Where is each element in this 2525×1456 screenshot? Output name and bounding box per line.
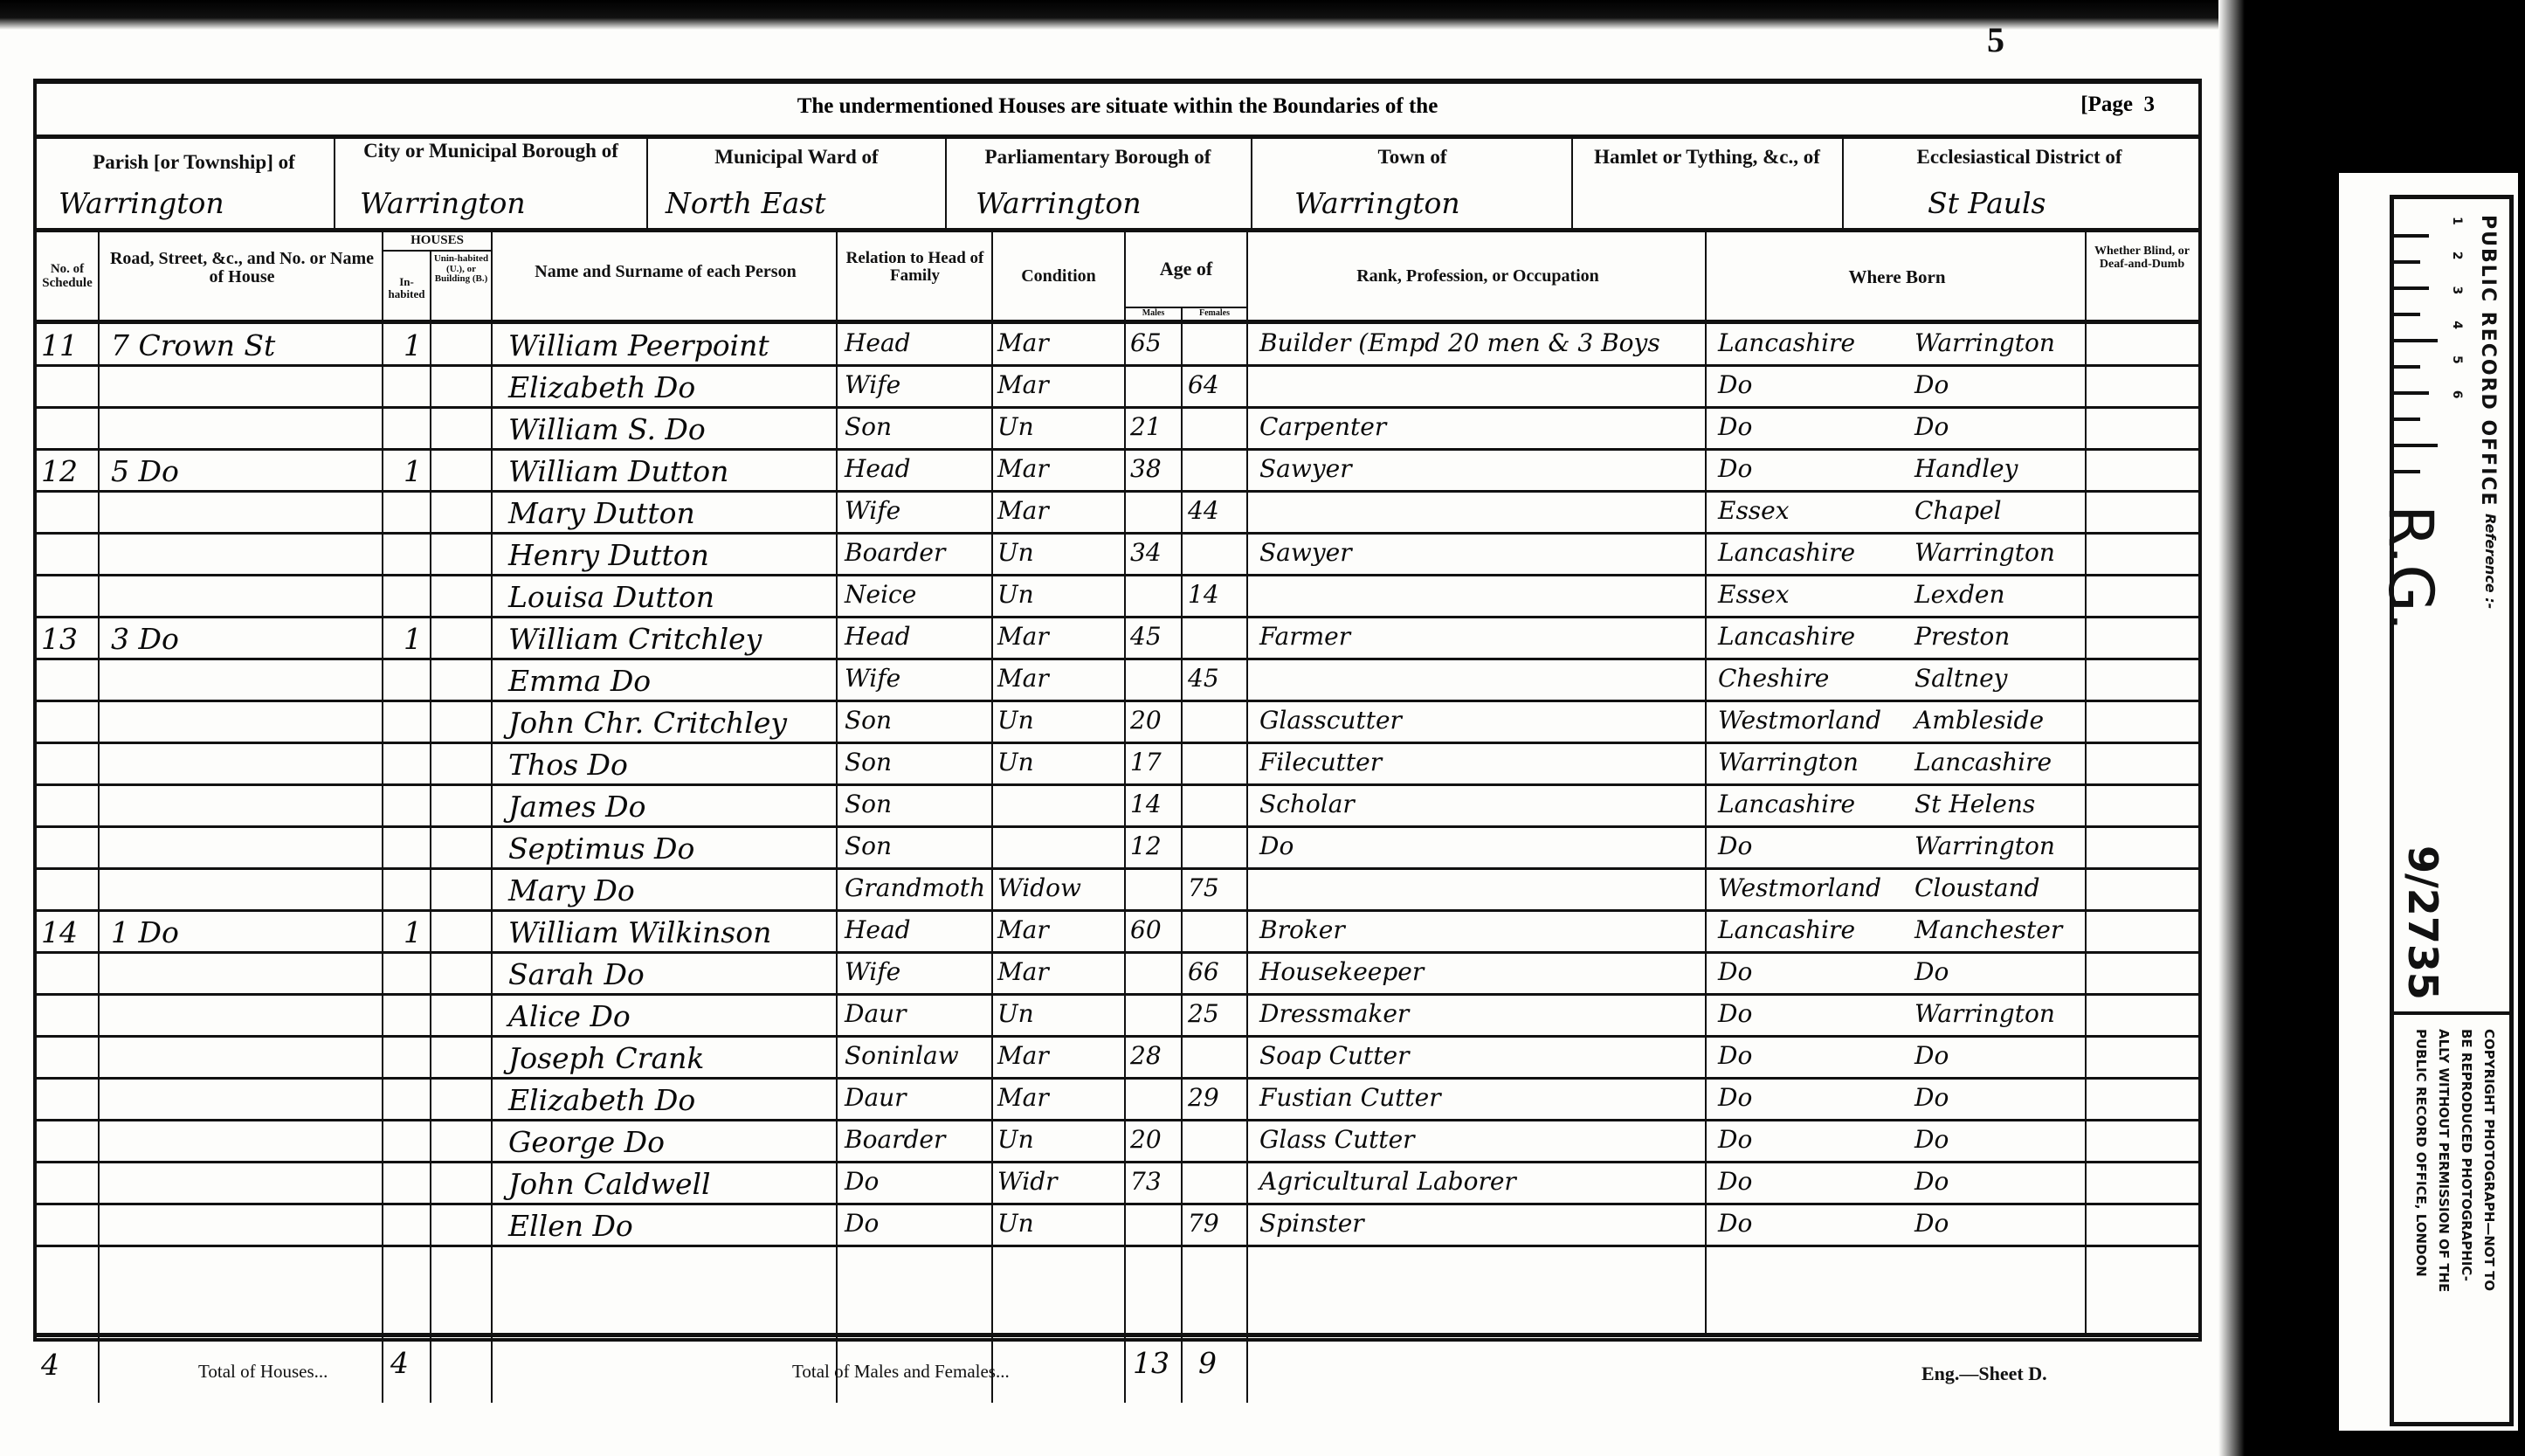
address: 7 Crown St — [111, 331, 275, 360]
birth-county: Do — [1718, 1044, 1752, 1068]
condition: Un — [997, 541, 1034, 565]
female-age: 64 — [1188, 373, 1219, 397]
condition: Mar — [997, 666, 1049, 691]
female-age: 45 — [1188, 666, 1219, 691]
birth-place: Do — [1914, 1170, 1949, 1194]
birth-place: Lancashire — [1914, 750, 2052, 775]
piece-number: 9/2735 — [2399, 845, 2446, 1000]
relation: Wife — [845, 960, 900, 984]
col-header-road: Road, Street, &c., and No. or Name of Ho… — [102, 250, 382, 286]
condition: Mar — [997, 1086, 1049, 1110]
condition: Un — [997, 708, 1034, 733]
birth-place: Do — [1914, 415, 1949, 439]
address: 5 Do — [111, 457, 179, 486]
birth-place: Chapel — [1914, 499, 2002, 523]
birth-county: Lancashire — [1718, 331, 1855, 355]
table-row: Septimus DoSon12DoDoWarrington — [37, 827, 2198, 869]
occupation: Builder (Empd 20 men & 3 Boys — [1259, 331, 1660, 355]
birth-county: Cheshire — [1718, 666, 1829, 691]
total-persons-label: Total of Males and Females... — [792, 1361, 1010, 1383]
total-females: 9 — [1198, 1349, 1217, 1377]
col-header-houses: HOUSES — [383, 234, 491, 248]
female-age: 75 — [1188, 876, 1219, 901]
birth-place: Cloustand — [1914, 876, 2040, 901]
ruler — [2394, 217, 2442, 496]
birth-place: Do — [1914, 1128, 1949, 1152]
address: 1 Do — [111, 918, 179, 947]
person-name: John Caldwell — [508, 1170, 711, 1198]
relation: Boarder — [845, 1128, 945, 1152]
boundary-value-parish: Warrington — [59, 189, 224, 217]
condition: Mar — [997, 373, 1049, 397]
relation: Do — [845, 1211, 879, 1236]
divider — [334, 136, 335, 228]
census-page: 5 The undermentioned Houses are situate … — [0, 0, 2232, 1456]
condition: Mar — [997, 918, 1049, 942]
boundary-label-parliamentary: Parliamentary Borough of — [949, 147, 1246, 168]
birth-county: Do — [1718, 373, 1752, 397]
birth-place: Do — [1914, 1086, 1949, 1110]
row-divider — [37, 1245, 2198, 1247]
col-header-blind: Whether Blind, or Deaf-and-Dumb — [2087, 245, 2197, 271]
boundary-label-hamlet: Hamlet or Tything, &c., of — [1574, 147, 1840, 168]
condition: Mar — [997, 457, 1049, 481]
relation: Boarder — [845, 541, 945, 565]
reference-card: PUBLIC RECORD OFFICE 123456 Reference :-… — [2336, 170, 2521, 1433]
col-header-relation: Relation to Head of Family — [838, 250, 991, 285]
boundary-label-city: City or Municipal Borough of — [338, 141, 644, 162]
table-row: James DoSon14ScholarLancashireSt Helens — [37, 785, 2198, 827]
census-form: The undermentioned Houses are situate wi… — [33, 79, 2202, 1342]
total-males: 13 — [1133, 1349, 1169, 1377]
relation: Soninlaw — [845, 1044, 959, 1068]
relation: Son — [845, 834, 892, 859]
male-age: 12 — [1130, 834, 1162, 859]
boundary-value-city: Warrington — [360, 189, 526, 217]
person-name: William S. Do — [508, 415, 706, 444]
relation: Daur — [845, 1086, 907, 1110]
person-name: William Wilkinson — [508, 918, 771, 947]
table-row: 133 Do1William CritchleyHeadMar45FarmerL… — [37, 618, 2198, 659]
person-name: Elizabeth Do — [508, 373, 695, 402]
condition: Mar — [997, 624, 1049, 649]
male-age: 28 — [1130, 1044, 1162, 1068]
table-row: Henry DuttonBoarderUn34SawyerLancashireW… — [37, 534, 2198, 576]
condition: Widow — [997, 876, 1081, 901]
table-row: Thos DoSonUn17FilecutterWarringtonLancas… — [37, 743, 2198, 785]
occupation: Filecutter — [1259, 750, 1382, 775]
relation: Head — [845, 457, 911, 481]
divider — [945, 136, 947, 228]
relation: Neice — [845, 583, 916, 607]
condition: Mar — [997, 960, 1049, 984]
person-name: Emma Do — [508, 666, 651, 695]
birth-place: Handley — [1914, 457, 2018, 481]
male-age: 17 — [1130, 750, 1162, 775]
person-name: Louisa Dutton — [508, 583, 714, 611]
relation: Wife — [845, 666, 900, 691]
schedule-number: 11 — [41, 331, 78, 360]
birth-place: Warrington — [1914, 541, 2055, 565]
person-name: Henry Dutton — [508, 541, 709, 569]
form-title: The undermentioned Houses are situate wi… — [37, 84, 2198, 136]
occupation: Do — [1259, 834, 1294, 859]
boundary-label-ward: Municipal Ward of — [648, 147, 945, 168]
person-name: George Do — [508, 1128, 665, 1156]
occupation: Glasscutter — [1259, 708, 1402, 733]
relation: Head — [845, 918, 911, 942]
sheet-mark: Eng.—Sheet D. — [1921, 1363, 2047, 1385]
schedule-number: 13 — [41, 624, 78, 653]
birth-place: Warrington — [1914, 834, 2055, 859]
relation: Head — [845, 624, 911, 649]
table-row: Alice DoDaurUn25DressmakerDoWarrington — [37, 995, 2198, 1037]
occupation: Farmer — [1259, 624, 1350, 649]
person-name: Alice Do — [508, 1002, 631, 1031]
female-age: 66 — [1188, 960, 1219, 984]
relation: Daur — [845, 1002, 907, 1026]
divider — [1571, 136, 1573, 228]
occupation: Agricultural Laborer — [1259, 1170, 1516, 1194]
person-name: Ellen Do — [508, 1211, 633, 1240]
birth-county: Do — [1718, 1086, 1752, 1110]
condition: Un — [997, 1128, 1034, 1152]
condition: Un — [997, 583, 1034, 607]
occupation: Fustian Cutter — [1259, 1086, 1441, 1110]
male-age: 14 — [1130, 792, 1162, 817]
address: 3 Do — [111, 624, 179, 653]
boundary-label-ecclesiastical: Ecclesiastical District of — [1845, 147, 2194, 168]
birth-place: Preston — [1914, 624, 2010, 649]
condition: Mar — [997, 331, 1049, 355]
divider — [1251, 136, 1252, 228]
birth-place: Do — [1914, 960, 1949, 984]
male-age: 21 — [1130, 415, 1162, 439]
person-name: Mary Do — [508, 876, 635, 905]
boundary-value-ecclesiastical: St Pauls — [1928, 189, 2046, 217]
relation: Son — [845, 792, 892, 817]
total-houses-label: Total of Houses... — [198, 1361, 328, 1383]
person-name: William Dutton — [508, 457, 728, 486]
divider — [37, 1333, 2198, 1337]
inhabited-count: 1 — [404, 331, 422, 360]
col-header-name: Name and Surname of each Person — [495, 263, 836, 281]
person-name: Joseph Crank — [508, 1044, 704, 1073]
schedule-number: 12 — [41, 457, 78, 486]
page-edge-shadow — [0, 0, 2232, 30]
person-name: John Chr. Critchley — [508, 708, 787, 737]
page-edge-shadow-right — [2218, 0, 2245, 1456]
col-header-females: Females — [1183, 309, 1246, 319]
condition: Un — [997, 750, 1034, 775]
female-age: 29 — [1188, 1086, 1219, 1110]
relation: Do — [845, 1170, 879, 1194]
boundary-label-parish: Parish [or Township] of — [54, 152, 334, 173]
office-label: PUBLIC RECORD OFFICE — [2477, 215, 2499, 507]
male-age: 65 — [1130, 331, 1162, 355]
table-row: John CaldwellDoWidr73Agricultural Labore… — [37, 1163, 2198, 1204]
birth-county: Do — [1718, 457, 1752, 481]
col-header-males: Males — [1126, 309, 1181, 319]
birth-county: Lancashire — [1718, 792, 1855, 817]
relation: Grandmoth — [845, 876, 985, 901]
table-row: Emma DoWifeMar45CheshireSaltney — [37, 659, 2198, 701]
birth-county: Lancashire — [1718, 624, 1855, 649]
person-name: Thos Do — [508, 750, 628, 779]
female-age: 79 — [1188, 1211, 1219, 1236]
reference-card-frame: PUBLIC RECORD OFFICE 123456 Reference :-… — [2390, 195, 2514, 1426]
boundary-label-town: Town of — [1255, 147, 1570, 168]
occupation: Spinster — [1259, 1211, 1364, 1236]
person-name: Sarah Do — [508, 960, 645, 989]
col-header-uninhabited: Unin-habited (U.), or Building (B.) — [431, 254, 491, 285]
table-row: 125 Do1William DuttonHeadMar38SawyerDoHa… — [37, 450, 2198, 492]
birth-place: Do — [1914, 1211, 1949, 1236]
relation: Wife — [845, 499, 900, 523]
condition: Widr — [997, 1170, 1058, 1194]
boundary-value-parliamentary: Warrington — [976, 189, 1142, 217]
person-name: Septimus Do — [508, 834, 694, 863]
col-header-condition: Condition — [993, 267, 1124, 286]
birth-county: Essex — [1718, 499, 1790, 523]
birth-county: Do — [1718, 1002, 1752, 1026]
birth-county: Lancashire — [1718, 918, 1855, 942]
birth-place: Warrington — [1914, 1002, 2055, 1026]
occupation: Carpenter — [1259, 415, 1386, 439]
occupation: Sawyer — [1259, 541, 1352, 565]
boundary-value-ward: North East — [666, 189, 825, 217]
condition: Un — [997, 415, 1034, 439]
col-header-schedule: No. of Schedule — [37, 263, 98, 291]
birth-place: Lexden — [1914, 583, 2004, 607]
table-row: Elizabeth DoWifeMar64DoDo — [37, 366, 2198, 408]
birth-county: Do — [1718, 834, 1752, 859]
occupation: Dressmaker — [1259, 1002, 1409, 1026]
birth-county: Warrington — [1718, 750, 1859, 775]
inhabited-count: 1 — [404, 918, 422, 947]
divider — [2394, 1011, 2509, 1015]
table-row: George DoBoarderUn20Glass CutterDoDo — [37, 1121, 2198, 1163]
birth-county: Westmorland — [1718, 876, 1881, 901]
male-age: 73 — [1130, 1170, 1162, 1194]
condition: Mar — [997, 499, 1049, 523]
birth-place: Warrington — [1914, 331, 2055, 355]
series-code: R.G. — [2375, 505, 2446, 631]
col-header-inhabited: In-habited — [383, 276, 430, 300]
table-row: William S. DoSonUn21CarpenterDoDo — [37, 408, 2198, 450]
birth-county: Do — [1718, 1128, 1752, 1152]
person-name: Mary Dutton — [508, 499, 695, 528]
divider — [37, 135, 2198, 139]
person-name: William Critchley — [508, 624, 762, 653]
divider — [382, 250, 491, 252]
female-age: 25 — [1188, 1002, 1219, 1026]
table-row: Ellen DoDoUn79SpinsterDoDo — [37, 1204, 2198, 1246]
occupation: Soap Cutter — [1259, 1044, 1409, 1068]
col-header-age: Age of — [1126, 259, 1246, 279]
occupation: Scholar — [1259, 792, 1355, 817]
table-row: Joseph CrankSoninlawMar28Soap CutterDoDo — [37, 1037, 2198, 1079]
col-header-born: Where Born — [1709, 267, 2085, 286]
birth-place: Manchester — [1914, 918, 2062, 942]
person-name: William Peerpoint — [508, 331, 769, 360]
table-row: Sarah DoWifeMar66HousekeeperDoDo — [37, 953, 2198, 995]
birth-place: Saltney — [1914, 666, 2008, 691]
male-age: 20 — [1130, 708, 1162, 733]
birth-county: Do — [1718, 960, 1752, 984]
relation: Son — [845, 750, 892, 775]
female-age: 44 — [1188, 499, 1219, 523]
page-number: [Page 3 — [2080, 93, 2155, 117]
divider — [37, 228, 2198, 232]
col-header-occupation: Rank, Profession, or Occupation — [1251, 267, 1705, 286]
birth-county: Westmorland — [1718, 708, 1881, 733]
birth-place: Do — [1914, 1044, 1949, 1068]
birth-county: Do — [1718, 415, 1752, 439]
condition: Un — [997, 1211, 1034, 1236]
male-age: 34 — [1130, 541, 1162, 565]
relation: Son — [845, 708, 892, 733]
relation: Son — [845, 415, 892, 439]
copyright-notice: COPYRIGHT PHOTOGRAPH—NOT TO BE REPRODUCE… — [2410, 1029, 2501, 1292]
table-row: Mary DuttonWifeMar44EssexChapel — [37, 492, 2198, 534]
birth-place: St Helens — [1914, 792, 2035, 817]
occupation: Sawyer — [1259, 457, 1352, 481]
occupation: Housekeeper — [1259, 960, 1424, 984]
inhabited-count: 1 — [404, 457, 422, 486]
condition: Mar — [997, 1044, 1049, 1068]
boundary-value-town: Warrington — [1294, 189, 1460, 217]
male-age: 45 — [1130, 624, 1162, 649]
total-houses-value: 4 — [390, 1349, 409, 1377]
male-age: 20 — [1130, 1128, 1162, 1152]
schedule-number: 14 — [41, 918, 78, 947]
total-schedules: 4 — [41, 1350, 59, 1379]
inhabited-count: 1 — [404, 624, 422, 653]
birth-county: Do — [1718, 1211, 1752, 1236]
table-row: Elizabeth DoDaurMar29Fustian CutterDoDo — [37, 1079, 2198, 1121]
occupation: Glass Cutter — [1259, 1128, 1415, 1152]
occupation: Broker — [1259, 918, 1345, 942]
female-age: 14 — [1188, 583, 1219, 607]
reference-label: Reference :- — [2482, 514, 2499, 609]
table-row: Louisa DuttonNeiceUn14EssexLexden — [37, 576, 2198, 618]
person-name: James Do — [508, 792, 645, 821]
folio-number: 5 — [1987, 19, 2004, 60]
relation: Head — [845, 331, 911, 355]
table-row: 117 Crown St1William PeerpointHeadMar65B… — [37, 324, 2198, 366]
condition: Un — [997, 1002, 1034, 1026]
relation: Wife — [845, 373, 900, 397]
birth-county: Lancashire — [1718, 541, 1855, 565]
birth-county: Do — [1718, 1170, 1752, 1194]
table-row: 141 Do1William WilkinsonHeadMar60BrokerL… — [37, 911, 2198, 953]
table-row: John Chr. CritchleySonUn20GlasscutterWes… — [37, 701, 2198, 743]
divider — [1842, 136, 1844, 228]
birth-place: Ambleside — [1914, 708, 2044, 733]
birth-place: Do — [1914, 373, 1949, 397]
male-age: 38 — [1130, 457, 1162, 481]
male-age: 60 — [1130, 918, 1162, 942]
table-row: Mary DoGrandmothWidow75WestmorlandCloust… — [37, 869, 2198, 911]
birth-county: Essex — [1718, 583, 1790, 607]
ruler-numbers: 123456 — [2450, 217, 2464, 425]
person-name: Elizabeth Do — [508, 1086, 695, 1114]
